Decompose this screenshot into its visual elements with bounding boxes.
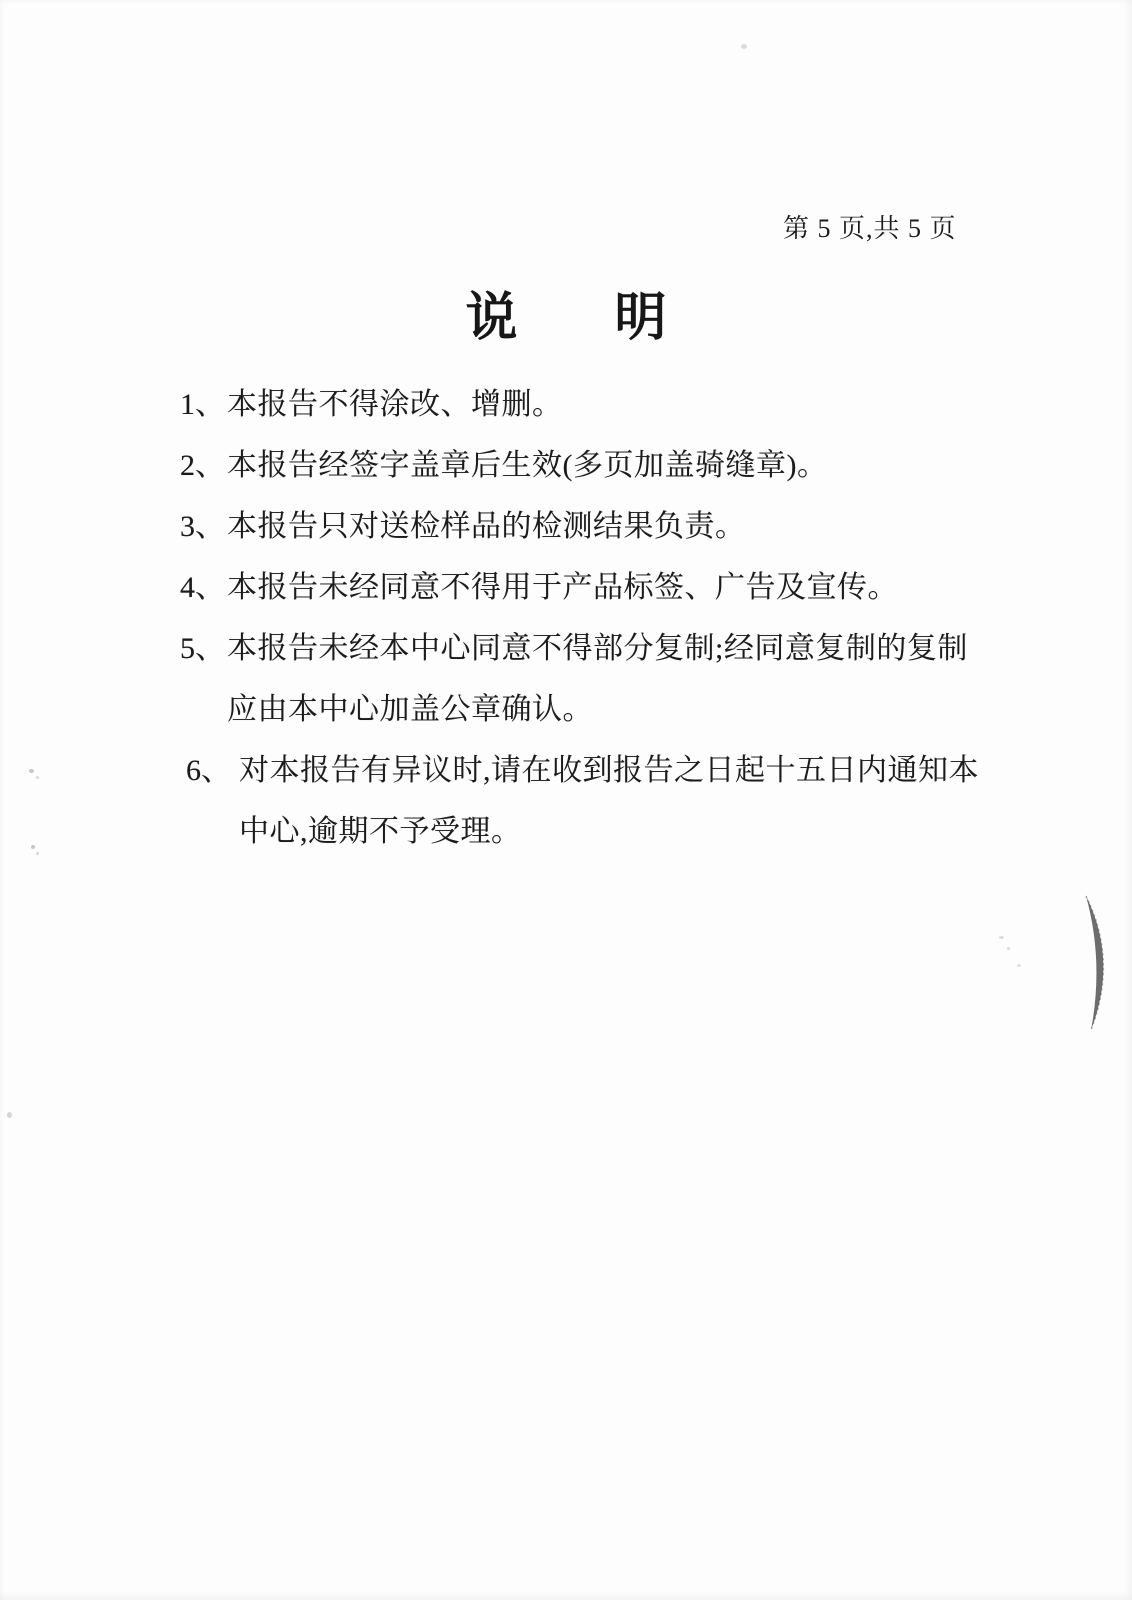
scanned-report-page: 第 5 页,共 5 页 说 明 1、 本报告不得涂改、增删。 2、 本报告经签字… bbox=[0, 0, 1132, 1600]
note-number: 3、 bbox=[180, 496, 227, 557]
note-text-line: 中心,逾期不予受理。 bbox=[239, 801, 990, 862]
note-text-line: 本报告不得涂改、增删。 bbox=[227, 374, 990, 435]
note-number: 6、 bbox=[180, 740, 239, 801]
note-text-line: 本报告经签字盖章后生效(多页加盖骑缝章)。 bbox=[227, 435, 990, 496]
note-text-line: 应由本中心加盖公章确认。 bbox=[227, 679, 990, 740]
note-item-4: 4、 本报告未经同意不得用于产品标签、广告及宣传。 bbox=[180, 557, 990, 618]
scan-speck bbox=[999, 936, 1004, 939]
note-text-line: 对本报告有异议时,请在收到报告之日起十五日内通知本 bbox=[239, 740, 990, 801]
title-char-1: 说 bbox=[465, 293, 517, 345]
note-text-line: 本报告只对送检样品的检测结果负责。 bbox=[227, 496, 990, 557]
scan-speck bbox=[36, 852, 39, 855]
notes-list: 1、 本报告不得涂改、增删。 2、 本报告经签字盖章后生效(多页加盖骑缝章)。 … bbox=[180, 374, 990, 862]
scan-speck bbox=[29, 769, 34, 773]
scan-speck bbox=[36, 776, 39, 779]
note-item-1: 1、 本报告不得涂改、增删。 bbox=[180, 374, 990, 435]
note-number: 2、 bbox=[180, 435, 227, 496]
page-number-indicator: 第 5 页,共 5 页 bbox=[783, 208, 957, 245]
note-number: 4、 bbox=[180, 557, 227, 618]
note-item-6: 6、 对本报告有异议时,请在收到报告之日起十五日内通知本 中心,逾期不予受理。 bbox=[180, 740, 990, 862]
note-item-3: 3、 本报告只对送检样品的检测结果负责。 bbox=[180, 496, 990, 557]
title-char-2: 明 bbox=[615, 293, 667, 345]
note-item-2: 2、 本报告经签字盖章后生效(多页加盖骑缝章)。 bbox=[180, 435, 990, 496]
scan-speck bbox=[7, 1112, 12, 1118]
page-title: 说 明 bbox=[0, 293, 1132, 345]
note-item-5: 5、 本报告未经本中心同意不得部分复制;经同意复制的复制 应由本中心加盖公章确认… bbox=[180, 618, 990, 740]
scan-crescent-artifact bbox=[1058, 880, 1132, 1050]
scan-speck bbox=[1017, 964, 1021, 967]
scan-speck bbox=[31, 845, 35, 849]
note-text-line: 本报告未经同意不得用于产品标签、广告及宣传。 bbox=[227, 557, 990, 618]
scan-speck bbox=[741, 44, 747, 49]
note-text-line: 本报告未经本中心同意不得部分复制;经同意复制的复制 bbox=[227, 618, 990, 679]
note-number: 5、 bbox=[180, 618, 227, 679]
note-number: 1、 bbox=[180, 374, 227, 435]
scan-speck bbox=[1007, 947, 1010, 950]
